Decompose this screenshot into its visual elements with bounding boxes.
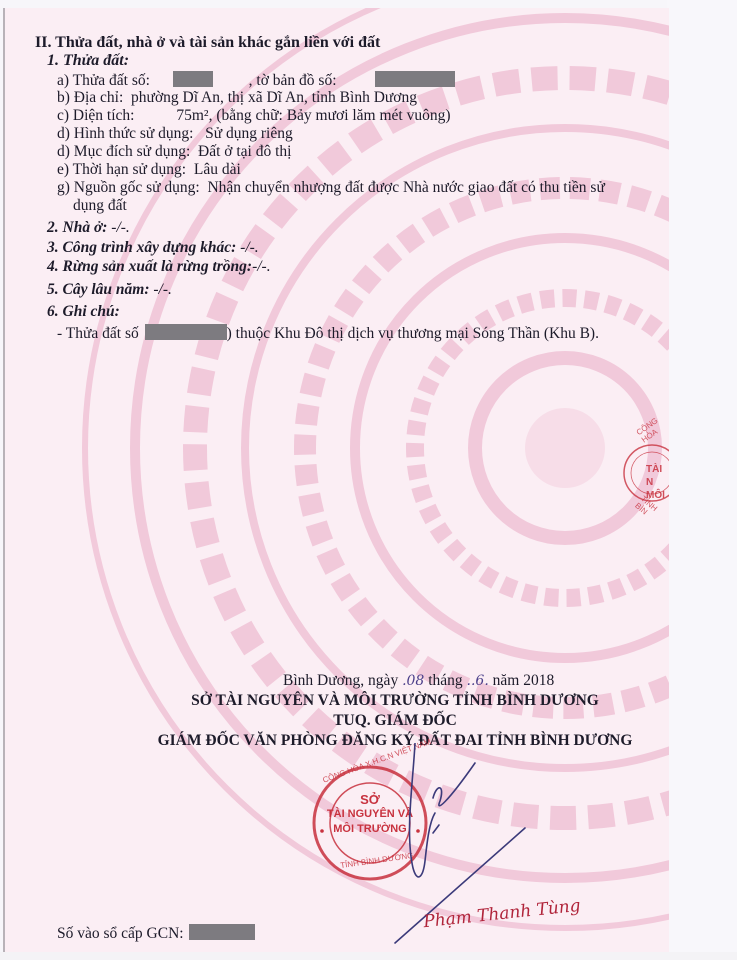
side-seal-text: TÀI N MÔI xyxy=(646,463,669,502)
on-behalf-title: TUQ. GIÁM ĐỐC xyxy=(135,712,655,730)
usage-form-label: d) Hình thức sử dụng: xyxy=(57,125,194,142)
item-value: -/-. xyxy=(149,281,171,298)
origin-value-cont: dụng đất xyxy=(73,197,127,215)
origin-row: g) Nguồn gốc sử dụng: Nhận chuyển nhượng… xyxy=(57,179,605,197)
origin-value: Nhận chuyển nhượng đất được Nhà nước gia… xyxy=(207,179,604,196)
usage-form-value: Sử dụng riêng xyxy=(205,125,293,142)
land-heading: 1. Thửa đất: xyxy=(47,52,129,70)
item-forest: 4. Rừng sản xuất là rừng trồng:-/-. xyxy=(47,258,271,276)
notes-suffix: ) thuộc Khu Đô thị dịch vụ thương mại Só… xyxy=(227,325,599,342)
register-label: Số vào sổ cấp GCN: xyxy=(57,925,184,942)
item-value: -/-. xyxy=(107,219,129,236)
notes-parcel-redacted xyxy=(145,324,227,340)
notes-prefix: - Thửa đất số xyxy=(57,325,139,342)
map-sheet-label: , tờ bản đồ số: xyxy=(249,72,337,89)
register-number-redacted xyxy=(189,924,255,940)
register-row: Số vào sổ cấp GCN: xyxy=(57,924,255,943)
item-label: 4. Rừng sản xuất là rừng trồng: xyxy=(47,258,252,275)
place-date: Bình Dương, ngày .08 tháng ..6. năm 2018 xyxy=(283,672,554,690)
item-label: 2. Nhà ở: xyxy=(47,219,107,236)
year-label: năm 2018 xyxy=(493,672,555,689)
area-row: c) Diện tích: 75m², (bằng chữ: Bảy mươi … xyxy=(57,107,451,125)
date-day: .08 xyxy=(402,673,424,689)
purpose-label: d) Mục đích sử dụng: xyxy=(57,143,190,160)
scan-background-bottom xyxy=(0,952,737,960)
parcel-number-label: a) Thửa đất số: xyxy=(57,72,150,89)
origin-label: g) Nguồn gốc sử dụng: xyxy=(57,179,200,196)
item-label: 5. Cây lâu năm: xyxy=(47,281,149,298)
item-value: -/-. xyxy=(236,239,258,256)
map-sheet-redacted xyxy=(375,71,455,87)
certificate-page: II. Thửa đất, nhà ở và tài sản khác gắn … xyxy=(3,8,669,952)
month-label: tháng xyxy=(428,672,462,689)
item-value: -/-. xyxy=(252,258,271,275)
parcel-number-row: a) Thửa đất số: , tờ bản đồ số: xyxy=(57,71,455,90)
term-row: e) Thời hạn sử dụng: Lâu dài xyxy=(57,161,241,179)
item-house: 2. Nhà ở: -/-. xyxy=(47,219,130,237)
agency-name: SỞ TÀI NGUYÊN VÀ MÔI TRƯỜNG TỈNH BÌNH DƯ… xyxy=(135,692,655,710)
usage-form-row: d) Hình thức sử dụng: Sử dụng riêng xyxy=(57,125,293,143)
address-label: b) Địa chỉ: xyxy=(57,89,123,106)
date-month: ..6. xyxy=(467,673,489,689)
address-value: phường Dĩ An, thị xã Dĩ An, tỉnh Bình Dư… xyxy=(131,89,417,106)
purpose-value: Đất ở tại đô thị xyxy=(198,143,291,160)
item-perennial: 5. Cây lâu năm: -/-. xyxy=(47,281,172,299)
place-date-prefix: Bình Dương, ngày xyxy=(283,672,398,689)
notes-row: - Thửa đất số ) thuộc Khu Đô thị dịch vụ… xyxy=(57,324,599,343)
parcel-number-redacted xyxy=(173,71,213,87)
side-seal-line1: TÀI N xyxy=(646,463,669,489)
item-label: 3. Công trình xây dựng khác: xyxy=(47,239,236,256)
notes-heading: 6. Ghi chú: xyxy=(47,303,120,321)
item-other-construction: 3. Công trình xây dựng khác: -/-. xyxy=(47,239,259,257)
scan-background-right xyxy=(667,0,737,960)
area-value: 75m², (bằng chữ: Bảy mươi lăm mét vuông) xyxy=(176,107,450,124)
term-label: e) Thời hạn sử dụng: xyxy=(57,161,186,178)
address-row: b) Địa chỉ: phường Dĩ An, thị xã Dĩ An, … xyxy=(57,89,417,107)
purpose-row: d) Mục đích sử dụng: Đất ở tại đô thị xyxy=(57,143,291,161)
term-value: Lâu dài xyxy=(194,161,241,178)
section-title: II. Thửa đất, nhà ở và tài sản khác gắn … xyxy=(35,34,380,52)
area-label: c) Diện tích: xyxy=(57,107,134,124)
